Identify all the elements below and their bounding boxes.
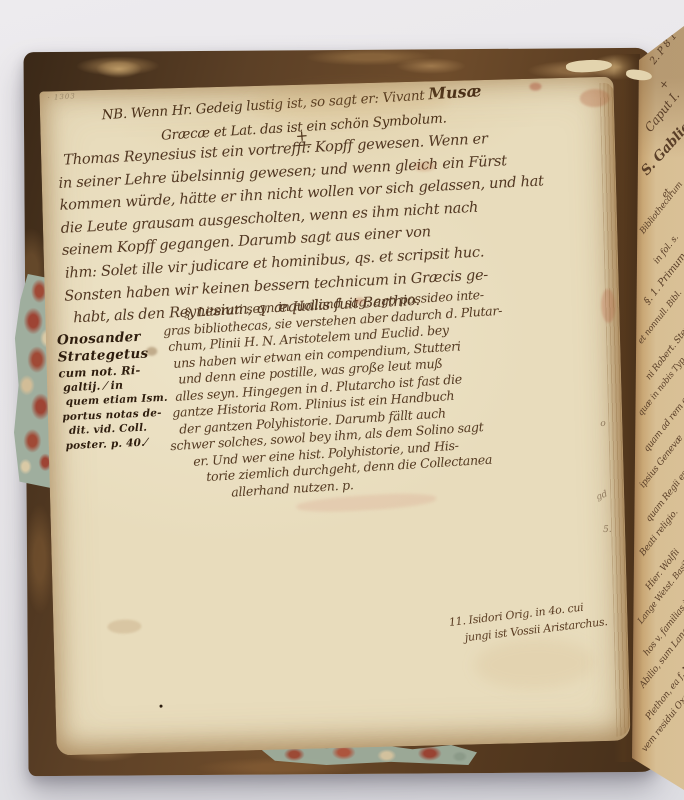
faint-mark: o bbox=[600, 419, 606, 429]
manuscript-page: · 1303 NB. Wenn Hr. Gedeig lustig ist, s… bbox=[39, 77, 630, 756]
facing-page-text-fragment: Bibliothecarum bbox=[638, 180, 684, 236]
margin-note-onosander: OnosanderStrategetuscum not. Ri-galtij. … bbox=[57, 326, 202, 453]
foxing-spot bbox=[580, 89, 610, 108]
page-corner-mark: · 1303 bbox=[47, 92, 76, 102]
photo-background: · 1303 NB. Wenn Hr. Gedeig lustig ist, s… bbox=[0, 0, 684, 800]
foxing-spot bbox=[107, 619, 141, 634]
ink-dot bbox=[159, 705, 162, 708]
page-stain bbox=[474, 637, 595, 690]
paragraph-holland: §. Literati seyn in Holland sag: ego pos… bbox=[162, 279, 629, 504]
faint-mark: 5. bbox=[603, 525, 612, 535]
foxing-spot bbox=[601, 289, 616, 323]
facing-page-text-fragment: 2. P 8 1 bbox=[648, 31, 679, 67]
faint-mark: gd bbox=[595, 489, 609, 503]
worn-leather-patch bbox=[96, 60, 142, 78]
worn-leather-patch bbox=[396, 58, 466, 74]
